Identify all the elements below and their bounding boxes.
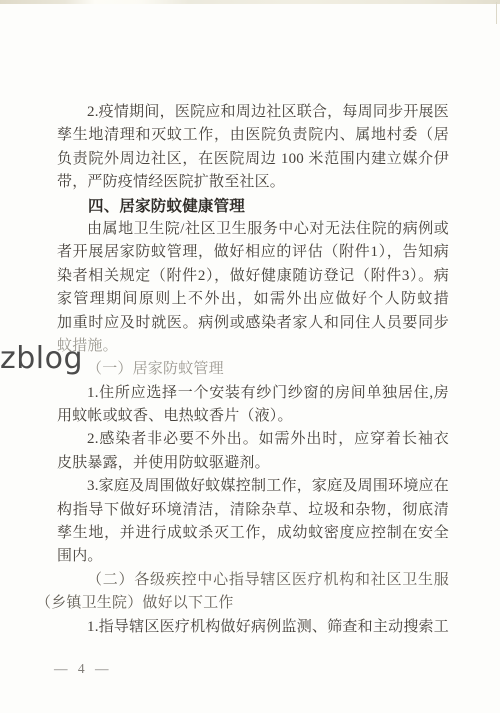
subsection-heading: （一）居家防蚊管理 xyxy=(57,358,449,381)
doc-line: 3.家庭及周围做好蚊媒控制工作，家庭及周围环境应在疾控机 xyxy=(57,475,449,498)
doc-line: 蚊措施。 xyxy=(57,335,449,358)
doc-line: 染者相关规定（附件2），做好健康随访登记（附件3）。病例居 xyxy=(57,265,449,288)
scan-edge-artifact-right xyxy=(496,2,497,24)
doc-line: 2.疫情期间，医院应和周边社区联合，每周同步开展医院内外 xyxy=(57,101,449,124)
doc-line: 带，严防疫情经医院扩散至社区。 xyxy=(57,171,449,194)
doc-line: 孳生地，并进行成蚊杀灭工作，成幼蚊密度应控制在安全阈值范 xyxy=(57,522,449,545)
doc-line: 1.指导辖区医疗机构做好病例监测、筛查和主动搜索工作，出 xyxy=(57,616,449,639)
page-number: — 4 — xyxy=(54,661,110,677)
scan-edge-artifact-top xyxy=(0,0,500,4)
doc-line: 围内。 xyxy=(57,545,449,568)
doc-line: 1.住所应选择一个安装有纱门纱窗的房间单独居住,房间内使 xyxy=(57,382,449,405)
doc-line: 用蚊帐或蚊香、电热蚊香片（液）。 xyxy=(57,405,449,428)
doc-line: 2.感染者非必要不外出。如需外出时，应穿着长袖衣裤，减少 xyxy=(57,428,449,451)
doc-line: 由属地卫生院/社区卫生服务中心对无法住院的病例或感染 xyxy=(57,218,449,241)
doc-line: 负责院外周边社区，在医院周边 100 米范围内建立媒介伊蚊控制 xyxy=(57,148,449,171)
doc-line: 加重时应及时就医。病例或感染者家人和同住人员要同步做好防 xyxy=(57,312,449,335)
doc-line: 家管理期间原则上不外出，如需外出应做好个人防蚊措施，症状 xyxy=(57,288,449,311)
doc-line: 构指导下做好环境清洁，清除杂草、垃圾和杂物，彻底清理蚊虫 xyxy=(57,499,449,522)
watermark-text: zblog xyxy=(0,341,83,376)
doc-line: 皮肤暴露，并使用防蚊驱避剂。 xyxy=(57,452,449,475)
document-body: 2.疫情期间，医院应和周边社区联合，每周同步开展医院内外 孳生地清理和灭蚊工作，… xyxy=(57,101,449,639)
doc-line: 者开展居家防蚊管理，做好相应的评估（附件1），告知病例或感 xyxy=(57,241,449,264)
subsection-heading: （二）各级疾控中心指导辖区医疗机构和社区卫生服务中心 xyxy=(57,569,449,592)
doc-line: （乡镇卫生院）做好以下工作 xyxy=(36,592,449,615)
scanned-document-page: 2.疫情期间，医院应和周边社区联合，每周同步开展医院内外 孳生地清理和灭蚊工作，… xyxy=(0,0,500,713)
doc-line: 孳生地清理和灭蚊工作，由医院负责院内、属地村委（居委）会 xyxy=(57,124,449,147)
section-heading: 四、居家防蚊健康管理 xyxy=(57,195,449,218)
